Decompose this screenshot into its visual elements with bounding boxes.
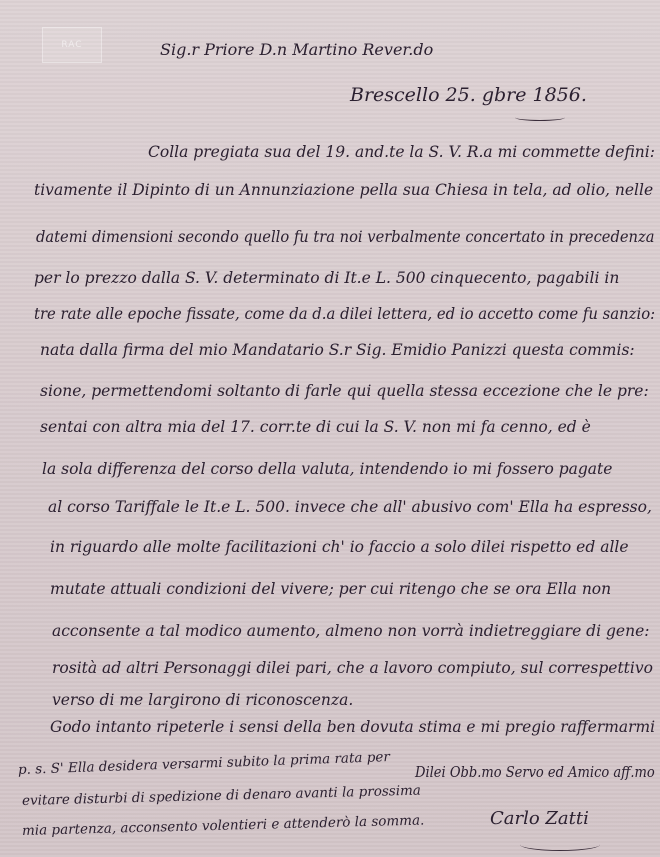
body-line: la sola differenza del corso della valut… (42, 460, 612, 478)
body-line: Godo intanto ripeterle i sensi della ben… (50, 718, 655, 736)
postscript-line: evitare disturbi di spedizione di denaro… (22, 783, 421, 809)
body-line: mutate attuali condizioni del vivere; pe… (50, 580, 611, 598)
body-line: per lo prezzo dalla S. V. determinato di… (34, 269, 619, 287)
body-line: datemi dimensioni secondo quello fu tra … (36, 228, 654, 246)
body-line: verso di me largirono di riconoscenza. (52, 691, 353, 709)
addressee: Sig.r Priore D.n Martino Rever.do (160, 40, 433, 59)
body-line: sione, permettendomi soltanto di farle q… (40, 382, 649, 400)
date-flourish (515, 114, 565, 121)
body-line: acconsente a tal modico aumento, almeno … (52, 622, 649, 640)
body-line: tre rate alle epoche fissate, come da d.… (34, 305, 655, 323)
postscript-line: p. s. S' Ella desidera versarmi subito l… (18, 749, 390, 778)
letter-page: RAC Sig.r Priore D.n Martino Rever.do Br… (0, 0, 660, 857)
archive-stamp: RAC (42, 27, 102, 63)
postscript-line: mia partenza, acconsento volentieri e at… (22, 812, 425, 839)
signature-flourish (520, 838, 600, 851)
body-line: tivamente il Dipinto di un Annunziazione… (34, 181, 653, 199)
body-line: in riguardo alle molte facilitazioni ch'… (50, 538, 629, 556)
body-line: al corso Tariffale le It.e L. 500. invec… (48, 498, 652, 516)
closing-salutation: Dilei Obb.mo Servo ed Amico aff.mo (415, 765, 655, 781)
body-line: Colla pregiata sua del 19. and.te la S. … (148, 142, 655, 161)
place-date: Brescello 25. gbre 1856. (350, 84, 587, 106)
body-line: rosità ad altri Personaggi dilei pari, c… (52, 659, 653, 677)
body-line: nata dalla firma del mio Mandatario S.r … (40, 341, 635, 359)
signature: Carlo Zatti (490, 808, 589, 829)
body-line: sentai con altra mia del 17. corr.te di … (40, 418, 591, 436)
